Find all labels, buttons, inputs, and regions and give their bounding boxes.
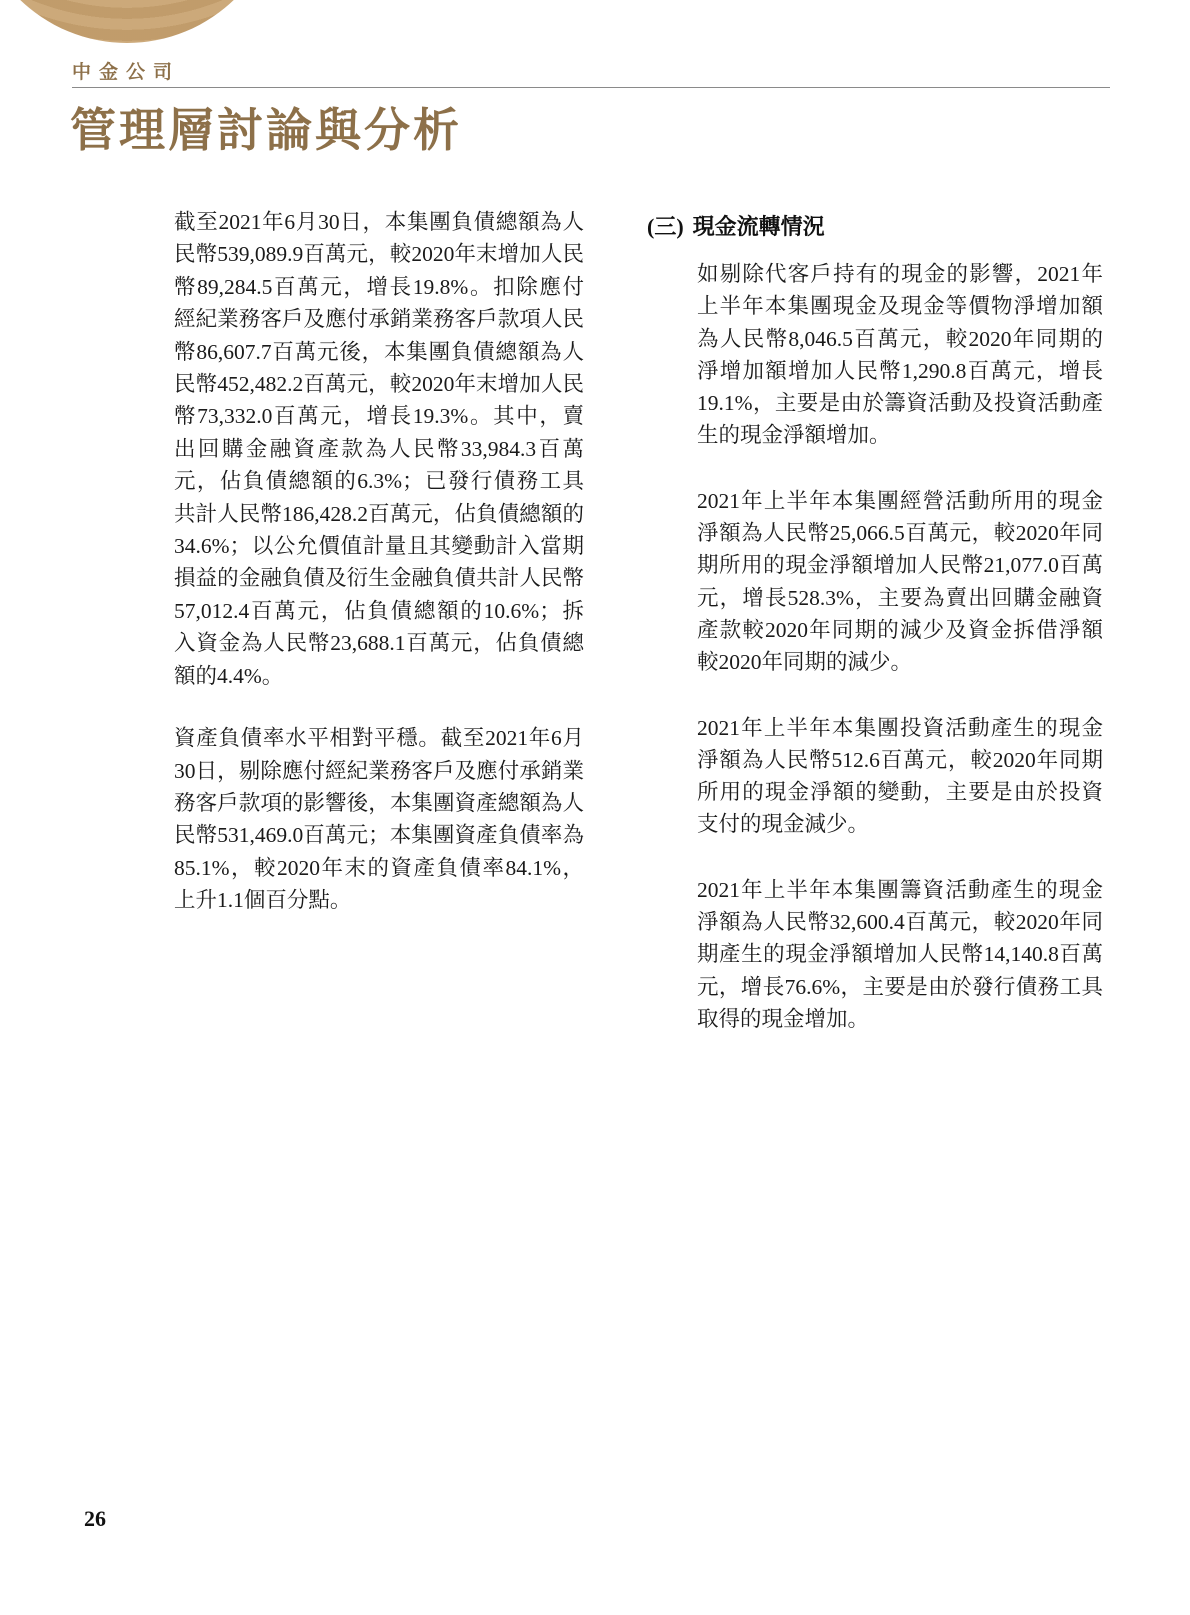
brand-name: 中金公司 <box>72 57 180 84</box>
section-body: 如剔除代客戶持有的現金的影響，2021年上半年本集團現金及現金等價物淨增加額為人… <box>697 258 1103 1035</box>
report-page: 中金公司 管理層討論與分析 截至2021年6月30日，本集團負債總額為人民幣53… <box>0 0 1190 1615</box>
section-number: (三) <box>647 210 684 241</box>
section-title: 現金流轉情況 <box>693 210 825 241</box>
left-column: 截至2021年6月30日，本集團負債總額為人民幣539,089.9百萬元，較20… <box>174 206 584 947</box>
paragraph-operating-activities: 2021年上半年本集團經營活動所用的現金淨額為人民幣25,066.5百萬元，較2… <box>697 485 1103 679</box>
paragraph-cash-equivalents: 如剔除代客戶持有的現金的影響，2021年上半年本集團現金及現金等價物淨增加額為人… <box>697 258 1103 452</box>
paragraph-gearing-ratio: 資產負債率水平相對平穩。截至2021年6月30日，剔除應付經紀業務客戶及應付承銷… <box>174 722 584 916</box>
section-heading: (三) 現金流轉情況 <box>647 210 1103 241</box>
header-divider <box>72 87 1110 88</box>
brand-logo-circle-icon <box>0 0 281 43</box>
paragraph-investing-activities: 2021年上半年本集團投資活動產生的現金淨額為人民幣512.6百萬元，較2020… <box>697 712 1103 841</box>
paragraph-financing-activities: 2021年上半年本集團籌資活動產生的現金淨額為人民幣32,600.4百萬元，較2… <box>697 874 1103 1035</box>
page-title: 管理層討論與分析 <box>70 94 462 160</box>
paragraph-total-liabilities: 截至2021年6月30日，本集團負債總額為人民幣539,089.9百萬元，較20… <box>174 206 584 692</box>
right-column: (三) 現金流轉情況 如剔除代客戶持有的現金的影響，2021年上半年本集團現金及… <box>647 210 1103 1068</box>
page-number: 26 <box>84 1506 106 1532</box>
